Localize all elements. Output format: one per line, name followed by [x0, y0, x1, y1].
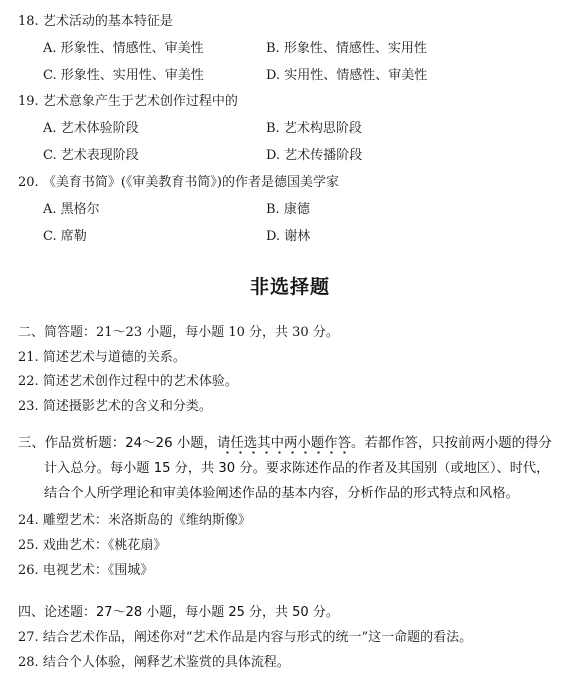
option-19-a: A. 艺术体验阶段 — [43, 121, 139, 137]
option-letter: C. — [43, 148, 57, 163]
option-letter: C. — [43, 229, 57, 244]
question-number: 27. — [18, 630, 39, 645]
question-26: 26. 电视艺术：《围城》 — [18, 563, 153, 579]
question-text: 简述艺术创作过程中的艺术体验。 — [43, 374, 238, 389]
option-19-d: D. 艺术传播阶段 — [266, 148, 362, 164]
option-letter: B. — [266, 121, 280, 136]
question-20: 20. 《美育书简》(《审美教育书简》)的作者是德国美学家 — [18, 175, 339, 191]
question-number: 24. — [18, 513, 39, 528]
question-number: 23. — [18, 399, 39, 414]
option-text: 实用性、情感性、审美性 — [284, 68, 427, 83]
question-28: 28. 结合个人体验，阐释艺术鉴赏的具体流程。 — [18, 655, 290, 671]
option-20-a: A. 黑格尔 — [43, 202, 100, 218]
emphasis-text: 请任选其中两小题作答 — [217, 436, 351, 451]
option-18-b: B. 形象性、情感性、实用性 — [266, 41, 427, 57]
option-20-d: D. 谢林 — [266, 229, 310, 245]
question-number: 19. — [18, 94, 39, 110]
option-text: 康德 — [284, 202, 310, 217]
option-letter: B. — [266, 41, 280, 56]
emphasized-instruction: 请任选其中两小题作答 — [217, 436, 351, 451]
question-25: 25. 戏曲艺术：《桃花扇》 — [18, 538, 166, 554]
question-22: 22. 简述艺术创作过程中的艺术体验。 — [18, 374, 238, 390]
question-text: 简述艺术与道德的关系。 — [43, 350, 186, 365]
option-letter: C. — [43, 68, 57, 83]
question-number: 25. — [18, 538, 39, 553]
appreciation-line-3: 结合个人所学理论和审美体验阐述作品的基本内容，分析作品的形式特点和风格。 — [44, 486, 519, 502]
option-letter: D. — [266, 148, 280, 163]
question-text: 结合个人体验，阐释艺术鉴赏的具体流程。 — [43, 655, 290, 670]
question-text: 雕塑艺术：米洛斯岛的《维纳斯像》 — [43, 513, 251, 528]
question-24: 24. 雕塑艺术：米洛斯岛的《维纳斯像》 — [18, 513, 251, 529]
question-text: 戏曲艺术：《桃花扇》 — [43, 538, 167, 553]
essay-header: 四、论述题：27～28 小题，每小题 25 分，共 50 分。 — [18, 605, 339, 621]
option-text: 谢林 — [284, 229, 310, 244]
option-text: 黑格尔 — [61, 202, 100, 217]
option-18-a: A. 形象性、情感性、审美性 — [43, 41, 204, 57]
question-text: 电视艺术：《围城》 — [43, 563, 154, 578]
short-answer-header: 二、简答题：21～23 小题，每小题 10 分，共 30 分。 — [18, 325, 339, 341]
option-text: 席勒 — [61, 229, 87, 244]
question-number: 28. — [18, 655, 39, 670]
option-text: 艺术构思阶段 — [284, 121, 362, 136]
option-18-c: C. 形象性、实用性、审美性 — [43, 68, 204, 84]
option-19-b: B. 艺术构思阶段 — [266, 121, 362, 137]
option-letter: A. — [43, 121, 57, 136]
option-text: 形象性、情感性、实用性 — [284, 41, 427, 56]
option-letter: D. — [266, 229, 280, 244]
section-title: 非选择题 — [0, 272, 580, 299]
question-stem: 艺术活动的基本特征是 — [43, 14, 173, 29]
question-text: 结合艺术作品，阐述你对“艺术作品是内容与形式的统一”这一命题的看法。 — [43, 630, 472, 645]
option-text: 形象性、实用性、审美性 — [61, 68, 204, 83]
header-prefix: 三、作品赏析题：24～26 小题， — [18, 436, 217, 451]
appreciation-header: 三、作品赏析题：24～26 小题，请任选其中两小题作答。若都作答，只按前两小题的… — [18, 436, 552, 452]
question-number: 20. — [18, 175, 39, 191]
header-suffix: 。若都作答，只按前两小题的得分 — [351, 436, 552, 451]
option-text: 艺术表现阶段 — [61, 148, 139, 163]
option-letter: B. — [266, 202, 280, 217]
option-text: 艺术传播阶段 — [284, 148, 362, 163]
option-20-b: B. 康德 — [266, 202, 310, 218]
question-number: 22. — [18, 374, 39, 389]
question-27: 27. 结合艺术作品，阐述你对“艺术作品是内容与形式的统一”这一命题的看法。 — [18, 630, 472, 646]
option-text: 艺术体验阶段 — [61, 121, 139, 136]
option-letter: D. — [266, 68, 280, 83]
emphasis-dots — [217, 451, 351, 454]
question-text: 简述摄影艺术的含义和分类。 — [43, 399, 212, 414]
question-number: 26. — [18, 563, 39, 578]
option-letter: A. — [43, 41, 57, 56]
question-23: 23. 简述摄影艺术的含义和分类。 — [18, 399, 212, 415]
option-19-c: C. 艺术表现阶段 — [43, 148, 139, 164]
question-number: 21. — [18, 350, 39, 365]
appreciation-line-2: 计入总分。每小题 15 分，共 30 分。要求陈述作品的作者及其国别（或地区）、… — [44, 461, 549, 477]
question-19: 19. 艺术意象产生于艺术创作过程中的 — [18, 94, 238, 110]
question-stem: 《美育书简》(《审美教育书简》)的作者是德国美学家 — [43, 175, 339, 190]
question-stem: 艺术意象产生于艺术创作过程中的 — [43, 94, 238, 109]
option-18-d: D. 实用性、情感性、审美性 — [266, 68, 427, 84]
option-20-c: C. 席勒 — [43, 229, 87, 245]
question-21: 21. 简述艺术与道德的关系。 — [18, 350, 186, 366]
question-18: 18. 艺术活动的基本特征是 — [18, 14, 173, 30]
option-letter: A. — [43, 202, 57, 217]
question-number: 18. — [18, 14, 39, 30]
option-text: 形象性、情感性、审美性 — [61, 41, 204, 56]
